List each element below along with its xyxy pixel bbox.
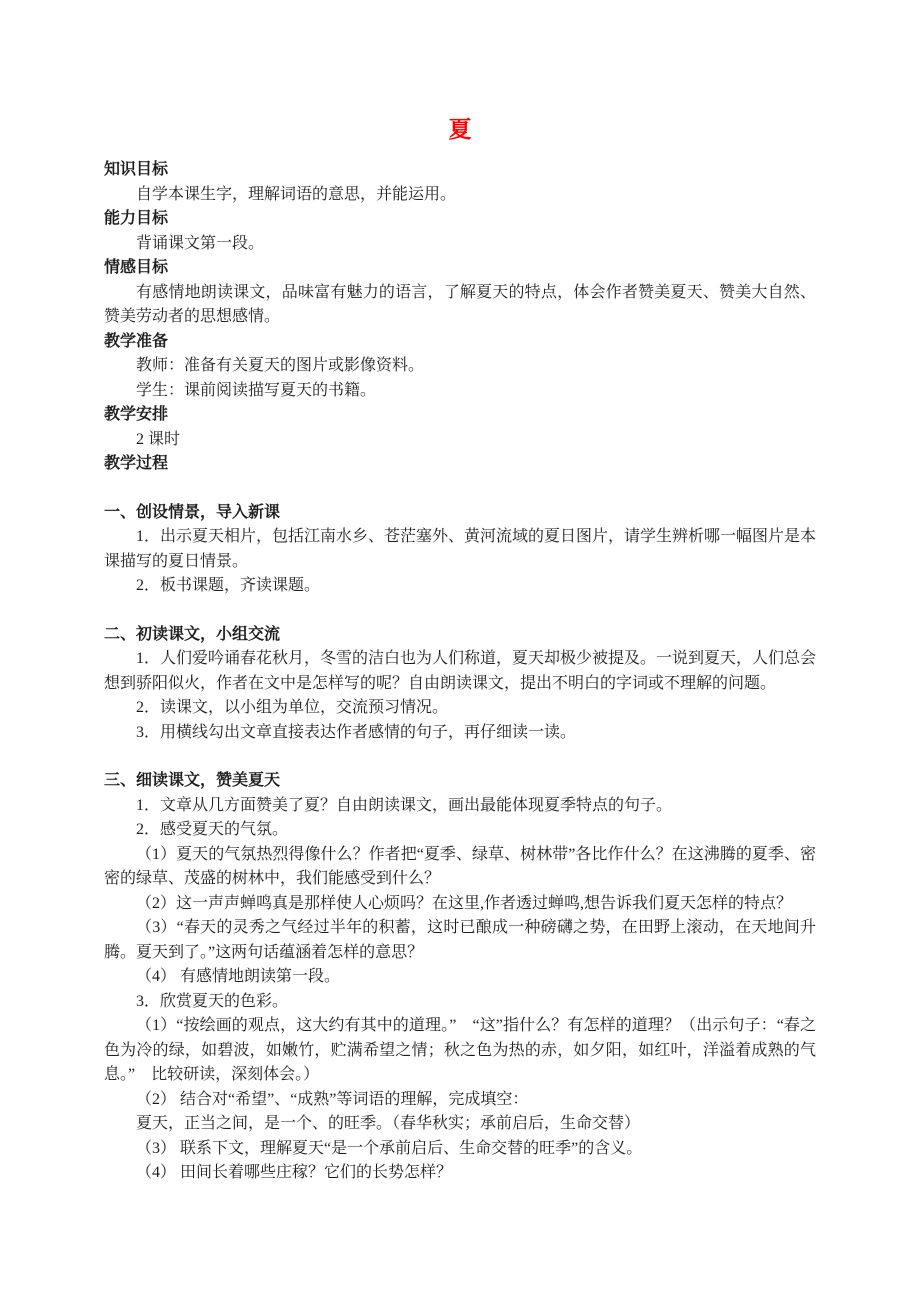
para-emotion-goal: 有感情地朗读课文，品味富有魅力的语言，了解夏天的特点，体会作者赞美夏天、赞美大自…	[104, 281, 816, 330]
heading-step3: 三、细读课文，赞美夏天	[104, 769, 816, 794]
step1-list-item: 1．出示夏天相片，包括江南水乡、苍茫塞外、黄河流域的夏日图片，请学生辨析哪一幅图…	[104, 525, 816, 574]
heading-step1: 一、创设情景，导入新课	[104, 501, 816, 526]
step3-list-item: （1）夏天的气氛热烈得像什么？作者把“夏季、绿草、树林带”各比作什么？在这沸腾的…	[104, 843, 816, 892]
para-ability-goal: 背诵课文第一段。	[104, 232, 816, 257]
heading-ability-goal: 能力目标	[104, 207, 816, 232]
step2-list-item: 1．人们爱吟诵春花秋月，冬雪的洁白也为人们称道，夏天却极少被提及。一说到夏天，人…	[104, 647, 816, 696]
heading-emotion-goal: 情感目标	[104, 256, 816, 281]
step2-list-item: 3．用横线勾出文章直接表达作者感情的句子，再仔细读一读。	[104, 721, 816, 746]
para-teacher-preparation: 教师：准备有关夏天的图片或影像资料。	[104, 354, 816, 379]
para-schedule-periods: 2 课时	[104, 428, 816, 453]
heading-step2: 二、初读课文，小组交流	[104, 623, 816, 648]
page-title: 夏	[104, 114, 816, 145]
step3-list-item: （3） 联系下文，理解夏天“是一个承前启后、生命交替的旺季”的含义。	[104, 1137, 816, 1162]
para-knowledge-goal: 自学本课生字，理解词语的意思，并能运用。	[104, 183, 816, 208]
step3-list-item: （4） 田间长着哪些庄稼？它们的长势怎样？	[104, 1161, 816, 1186]
step3-list-item: （1）“按绘画的观点，这大约有其中的道理。” “这”指什么？有怎样的道理？（出示…	[104, 1014, 816, 1088]
step3-list-item: 1．文章从几方面赞美了夏？自由朗读课文，画出最能体现夏季特点的句子。	[104, 794, 816, 819]
heading-teaching-preparation: 教学准备	[104, 330, 816, 355]
heading-teaching-process: 教学过程	[104, 452, 816, 477]
document-page: 夏 知识目标 自学本课生字，理解词语的意思，并能运用。 能力目标 背诵课文第一段…	[104, 114, 816, 1186]
step3-fill-blank-line: 夏天，正当之间，是一个、的旺季。（春华秋实；承前启后，生命交替）	[104, 1112, 816, 1137]
step1-list-item: 2．板书课题，齐读课题。	[104, 574, 816, 599]
heading-knowledge-goal: 知识目标	[104, 158, 816, 183]
para-student-preparation: 学生：课前阅读描写夏天的书籍。	[104, 379, 816, 404]
step3-list-item: （2） 结合对“希望”、“成熟”等词语的理解，完成填空：	[104, 1088, 816, 1113]
heading-teaching-schedule: 教学安排	[104, 403, 816, 428]
step3-list-item: （4） 有感情地朗读第一段。	[104, 965, 816, 990]
step3-list-item: （2）这一声声蝉鸣真是那样使人心烦吗？在这里,作者透过蝉鸣,想告诉我们夏天怎样的…	[104, 892, 816, 917]
step3-list-item: 2．感受夏天的气氛。	[104, 818, 816, 843]
step3-list-item: （3）“春天的灵秀之气经过半年的积蓄，这时已酿成一种磅礴之势，在田野上滚动，在天…	[104, 916, 816, 965]
step3-list-item: 3．欣赏夏天的色彩。	[104, 990, 816, 1015]
step2-list-item: 2．读课文，以小组为单位，交流预习情况。	[104, 696, 816, 721]
